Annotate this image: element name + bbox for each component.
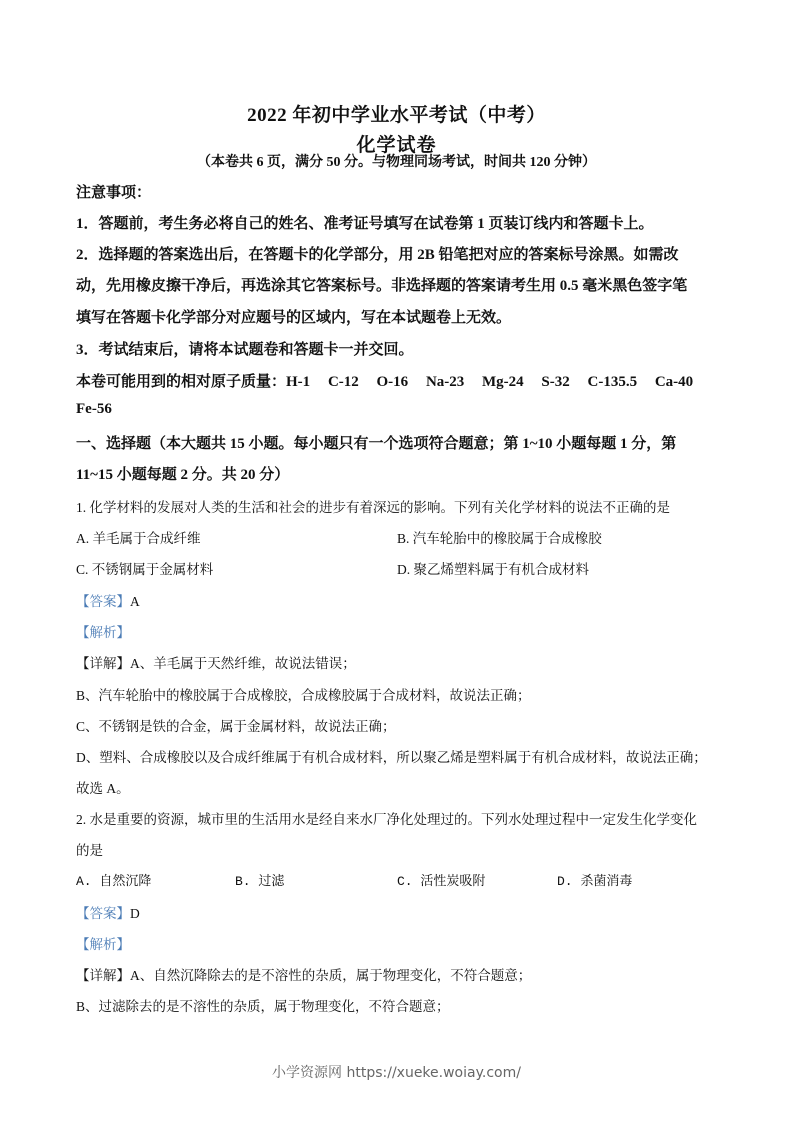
atomic-mass: C-12 bbox=[328, 374, 359, 390]
atomic-mass: Na-23 bbox=[426, 374, 464, 390]
detail-text: A、自然沉降除去的是不溶性的杂质，属于物理变化，不符合题意； bbox=[130, 968, 531, 983]
instruction-item: 1．答题前，考生务必将自己的姓名、准考证号填写在试卷第 1 页装订线内和答题卡上… bbox=[76, 212, 654, 233]
atomic-mass: Ca-40 bbox=[655, 374, 693, 390]
detail-line: C、不锈钢是铁的合金，属于金属材料，故说法正确； bbox=[76, 715, 396, 735]
atomic-mass: H-1 bbox=[286, 374, 310, 390]
answer-label: 【答案】 bbox=[76, 594, 130, 609]
detail-line: D、塑料、合成橡胶以及合成纤维属于有机合成材料，所以聚乙烯是塑料属于有机合成材料… bbox=[76, 746, 707, 766]
atomic-mass: C-135.5 bbox=[588, 374, 638, 390]
question-1-option-a: A. 羊毛属于合成纤维 bbox=[76, 527, 201, 547]
section-heading-cont: 11~15 小题每题 2 分。共 20 分） bbox=[76, 463, 289, 484]
section-heading: 一、选择题（本大题共 15 小题。每小题只有一个选项符合题意；第 1~10 小题… bbox=[76, 432, 676, 453]
question-2-option-b: B. 过滤 bbox=[235, 870, 284, 889]
footer-watermark: 小学资源网 https://xueke.woiay.com/ bbox=[0, 1062, 793, 1082]
answer-value: D bbox=[130, 906, 140, 921]
analysis-label: 【解析】 bbox=[76, 621, 130, 641]
exam-title: 2022 年初中学业水平考试（中考） bbox=[0, 100, 793, 127]
question-1-option-b: B. 汽车轮胎中的橡胶属于合成橡胶 bbox=[397, 527, 602, 547]
exam-page: 2022 年初中学业水平考试（中考） 化学试卷 （本卷共 6 页，满分 50 分… bbox=[0, 0, 793, 1122]
question-1-detail: 【详解】A、羊毛属于天然纤维，故说法错误； bbox=[76, 652, 356, 672]
question-2-option-d: D. 杀菌消毒 bbox=[557, 870, 632, 889]
detail-line: B、过滤除去的是不溶性的杂质，属于物理变化，不符合题意； bbox=[76, 995, 450, 1015]
answer-label: 【答案】 bbox=[76, 906, 130, 921]
question-2-answer: 【答案】D bbox=[76, 902, 140, 922]
atomic-mass: S-32 bbox=[541, 374, 569, 390]
analysis-label: 【解析】 bbox=[76, 933, 130, 953]
detail-label: 【详解】 bbox=[76, 656, 130, 671]
detail-line: 故选 A。 bbox=[76, 777, 130, 797]
question-1-stem: 1. 化学材料的发展对人类的生活和社会的进步有着深远的影响。下列有关化学材料的说… bbox=[76, 496, 670, 516]
question-1-option-d: D. 聚乙烯塑料属于有机合成材料 bbox=[397, 558, 589, 578]
detail-text: A、羊毛属于天然纤维，故说法错误； bbox=[130, 656, 356, 671]
instruction-item: 2．选择题的答案选出后，在答题卡的化学部分，用 2B 铅笔把对应的答案标号涂黑。… bbox=[76, 243, 679, 264]
instructions-heading: 注意事项： bbox=[76, 181, 151, 202]
question-2-stem: 2. 水是重要的资源，城市里的生活用水是经自来水厂净化处理过的。下列水处理过程中… bbox=[76, 808, 697, 828]
question-2-stem-cont: 的是 bbox=[76, 839, 103, 859]
question-1-option-c: C. 不锈钢属于金属材料 bbox=[76, 558, 213, 578]
question-2-option-a: A. 自然沉降 bbox=[76, 870, 151, 889]
exam-note: （本卷共 6 页，满分 50 分。与物理同场考试，时间共 120 分钟） bbox=[0, 151, 793, 171]
question-1-answer: 【答案】A bbox=[76, 590, 140, 610]
detail-label: 【详解】 bbox=[76, 968, 130, 983]
detail-line: B、汽车轮胎中的橡胶属于合成橡胶，合成橡胶属于合成材料，故说法正确； bbox=[76, 684, 531, 704]
atomic-masses-line: 本卷可能用到的相对原子质量：H-1 C-12 O-16 Na-23 Mg-24 … bbox=[76, 370, 693, 391]
instruction-item: 动，先用橡皮擦干净后，再选涂其它答案标号。非选择题的答案请考生用 0.5 毫米黑… bbox=[76, 274, 687, 295]
atomic-mass-wrap: Fe-56 bbox=[76, 401, 112, 418]
answer-value: A bbox=[130, 594, 140, 609]
question-2-option-c: C. 活性炭吸附 bbox=[397, 870, 485, 889]
question-2-detail: 【详解】A、自然沉降除去的是不溶性的杂质，属于物理变化，不符合题意； bbox=[76, 964, 531, 984]
atomic-masses-label: 本卷可能用到的相对原子质量： bbox=[76, 374, 286, 390]
atomic-mass: O-16 bbox=[377, 374, 409, 390]
instruction-item: 填写在答题卡化学部分对应题号的区域内，写在本试题卷上无效。 bbox=[76, 306, 511, 327]
instruction-item: 3．考试结束后，请将本试题卷和答题卡一并交回。 bbox=[76, 338, 414, 359]
atomic-mass: Mg-24 bbox=[482, 374, 524, 390]
